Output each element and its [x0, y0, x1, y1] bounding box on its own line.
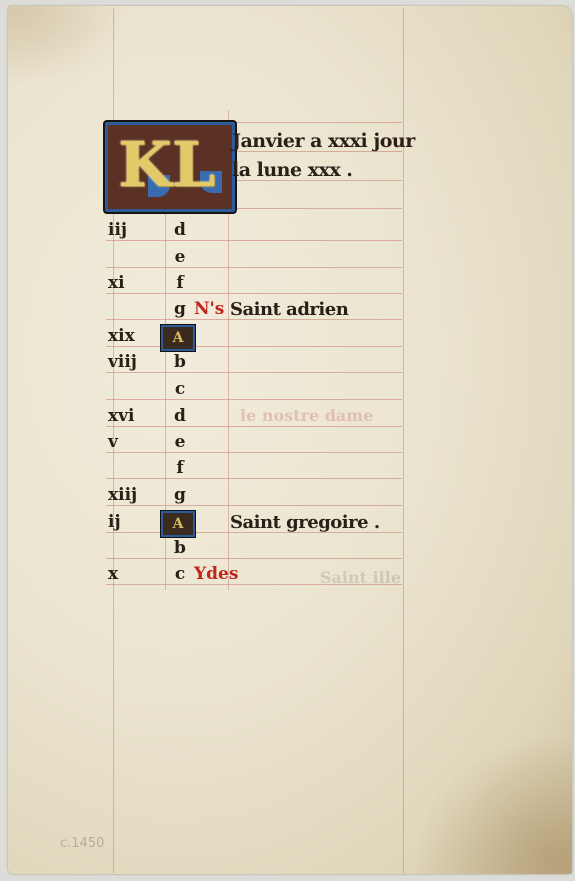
dominical-letter: c: [170, 566, 190, 583]
feast-name: Saint adrien: [230, 301, 348, 318]
dominical-letter: f: [170, 460, 190, 477]
dominical-letter: A: [163, 513, 193, 535]
dominical-letter: c: [170, 381, 190, 398]
water-stain: [412, 734, 572, 874]
initial-letters: KL: [118, 125, 215, 205]
ruling-line-horizontal: [106, 505, 402, 506]
ruling-line-horizontal: [106, 267, 402, 268]
dominical-letter: A: [163, 327, 193, 349]
feast-name: Saint gregoire .: [230, 514, 380, 531]
illuminated-dominical-letter: A: [161, 325, 195, 351]
pencil-note: c.1450: [60, 836, 104, 851]
ruling-line-horizontal: [106, 240, 402, 241]
ruling-line-horizontal: [106, 372, 402, 373]
header-line-month: Janvier a xxxi jour: [232, 130, 415, 152]
golden-number: x: [108, 566, 148, 583]
illuminated-dominical-letter: A: [161, 511, 195, 537]
dominical-letter: b: [170, 540, 190, 557]
ruling-line-horizontal: [106, 293, 402, 294]
golden-number: iij: [108, 222, 148, 239]
dominical-letter: g: [170, 301, 190, 318]
golden-number: xvi: [108, 408, 148, 425]
show-through-text: Saint ille: [320, 568, 401, 587]
dominical-letter: d: [170, 408, 190, 425]
show-through-text: le nostre dame: [240, 406, 373, 425]
dominical-letter: g: [170, 487, 190, 504]
golden-number: xiij: [108, 487, 148, 504]
rubric-note: N's: [194, 301, 224, 318]
header-line-moon: la lune xxx .: [232, 159, 352, 181]
golden-number: viij: [108, 354, 148, 371]
dominical-letter: f: [170, 275, 190, 292]
rubric-note: Ydes: [194, 566, 238, 583]
golden-number: xix: [108, 328, 148, 345]
ruling-line-horizontal: [106, 426, 402, 427]
dominical-letter: e: [170, 434, 190, 451]
illuminated-initial-kl: KL: [105, 122, 235, 212]
ruling-line-horizontal: [106, 452, 402, 453]
edge-stain: [8, 6, 128, 86]
golden-number: ij: [108, 514, 148, 531]
ruling-line-horizontal: [106, 478, 402, 479]
golden-number: xi: [108, 275, 148, 292]
ruling-line-horizontal: [106, 346, 402, 347]
dominical-letter: d: [170, 222, 190, 239]
ruling-line-horizontal: [106, 399, 402, 400]
dominical-letter: e: [170, 249, 190, 266]
ruling-line-horizontal: [106, 558, 402, 559]
golden-number: v: [108, 434, 148, 451]
dominical-letter: b: [170, 354, 190, 371]
